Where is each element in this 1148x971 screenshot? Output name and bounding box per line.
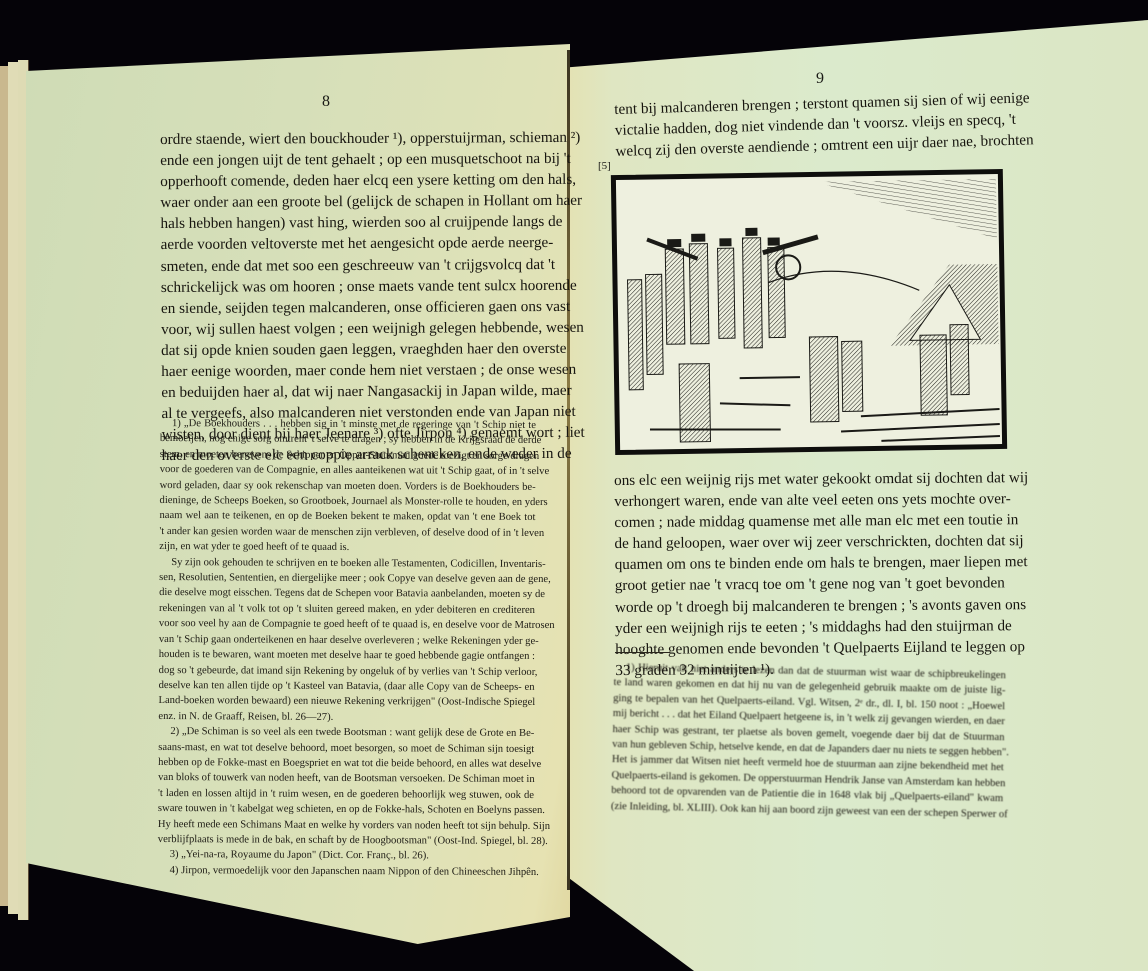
text-line: verhongert waren, ende van alte veel eet…: [614, 488, 1004, 512]
text-line: quamen om ons te binden ende om hals te …: [615, 552, 1005, 576]
footnote-line: zijn, en wat yder te goed heeft of te qu…: [159, 539, 535, 556]
footnote-line: naam wel aan te teikenen, en op de Boeke…: [159, 508, 535, 525]
woodcut-illustration: [611, 169, 1007, 455]
text-line: voor, wij sullen haest volgen ; een weij…: [161, 317, 541, 340]
text-line: yder een weijnigh rijs te eeten ; 's mid…: [615, 615, 1005, 639]
left-footnotes: 1) „De Boekhouders . . . hebben sig in '…: [158, 416, 536, 880]
text-line: worde op 't droegh bij malcanderen te br…: [615, 594, 1005, 618]
footnote-line: die deselve mogt eisschen. Tegens dat de…: [159, 585, 535, 602]
page-number-right: 9: [800, 70, 840, 88]
marginal-note: [5]: [598, 160, 611, 172]
text-line: en siende, seijden tegen malcanderen, on…: [161, 296, 541, 319]
text-line: comen ; nade middag quamense met alle ma…: [614, 509, 1004, 533]
footnote-line: dog so 't gebeurde, dat imand sijn Reken…: [159, 662, 535, 679]
right-body-text-top: tent bij malcanderen brengen ; terstont …: [614, 88, 1006, 162]
text-line: dat sij opde knien souden gaen leggen, v…: [161, 338, 541, 361]
text-line: aerde voorden veltoverste met het aenges…: [161, 232, 541, 255]
footnote-line: sware touwen in 't kabelgat weg schieten…: [158, 801, 534, 818]
footnote-line: 4) Jirpon, vermoedelijk voor den Japansc…: [158, 863, 534, 880]
footnote-line: van bloks of touwerk van noden heeft, va…: [158, 770, 534, 787]
text-line: groot getier nae 't vracq toe om 't gene…: [615, 573, 1005, 597]
right-footnotes: 1) Hieruit valt niet anders te lezen dan…: [611, 660, 1006, 822]
footnote-line: houden is te bewaren, want moeten met de…: [159, 647, 535, 664]
footnote-line: Land-boeken worden bewaard) een nieuwe R…: [158, 693, 534, 710]
text-line: waer onder aan een groote bel (gelijck d…: [160, 190, 540, 213]
footnote-line: bemoeijen, nog enige sorg omtrent 't sel…: [160, 431, 536, 448]
footnote-rule: [615, 652, 670, 653]
text-line: hooghte genomen ende bevonden 't Quelpae…: [615, 636, 1005, 660]
text-line: ende een jongen uijt de tent gehaelt ; o…: [160, 148, 540, 171]
text-line: ons elc een weijnig rijs met water gekoo…: [614, 467, 1004, 491]
text-line: en beduijden haer al, dat wij naer Nanga…: [161, 380, 541, 403]
footnote-line: 3) „Yei-na-ra, Royaume du Japon" (Dict. …: [158, 847, 534, 864]
woodcut-scene-icon: [616, 174, 1002, 450]
text-line: hals hebben hangen) vast hing, wierden s…: [160, 211, 540, 234]
page-number-left: 8: [306, 93, 346, 111]
text-line: schrickelijck was om hooren ; onse maets…: [161, 275, 541, 298]
footnote-line: voor de goederen van de Compagnie, en al…: [160, 462, 536, 479]
text-line: de hand geloopen, waer over wij zeer ver…: [614, 531, 1004, 555]
text-line: ordre staende, wiert den bouckhouder ¹),…: [160, 127, 540, 150]
text-line: smeten, ende dat met soo een geschreeuw …: [161, 254, 541, 277]
text-line: haer eenige woorden, maer conde hem niet…: [161, 359, 541, 382]
text-line: opperhooft comende, deden haer elcq een …: [160, 169, 540, 192]
footnote-line: voor soo veel hy aan de Compagnie te goe…: [159, 616, 535, 633]
right-body-text-bottom: ons elc een weijnig rijs met water gekoo…: [614, 467, 1005, 681]
footnote-line: 2) „De Schiman is so veel als een twede …: [158, 724, 534, 741]
